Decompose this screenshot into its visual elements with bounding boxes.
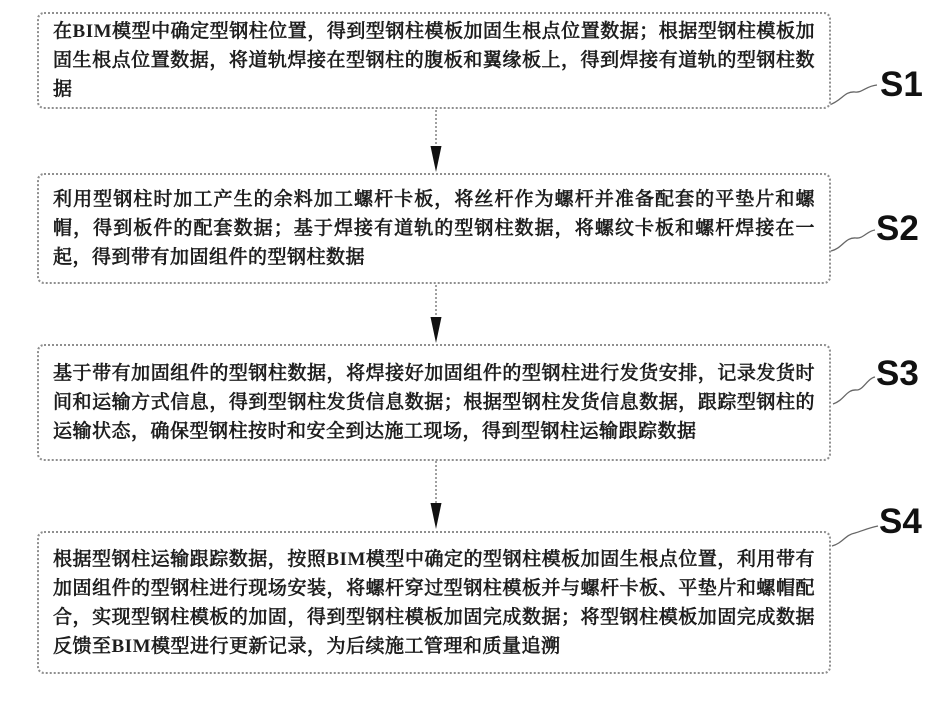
leader-line-s1 (829, 85, 877, 105)
step-label-s4: S4 (879, 504, 922, 539)
step-text-s2: 利用型钢柱时加工产生的余料加工螺杆卡板，将丝杆作为螺杆并准备配套的平垫片和螺帽，… (53, 185, 815, 272)
step-box-s1: 在BIM模型中确定型钢柱位置，得到型钢柱模板加固生根点位置数据；根据型钢柱模板加… (37, 12, 831, 109)
step-text-s1: 在BIM模型中确定型钢柱位置，得到型钢柱模板加固生根点位置数据；根据型钢柱模板加… (53, 17, 815, 104)
step-text-s4: 根据型钢柱运输跟踪数据，按照BIM模型中确定的型钢柱模板加固生根点位置，利用带有… (53, 545, 815, 661)
leader-line-s4 (832, 526, 878, 546)
step-label-s2: S2 (876, 211, 919, 246)
flow-arrow-s2-s3 (431, 285, 442, 343)
step-label-s3: S3 (876, 356, 919, 391)
step-box-s4: 根据型钢柱运输跟踪数据，按照BIM模型中确定的型钢柱模板加固生根点位置，利用带有… (37, 531, 831, 674)
leader-line-s2 (831, 230, 875, 251)
flow-arrow-s1-s2 (431, 110, 442, 172)
flowchart-figure: 在BIM模型中确定型钢柱位置，得到型钢柱模板加固生根点位置数据；根据型钢柱模板加… (0, 0, 930, 711)
step-box-s3: 基于带有加固组件的型钢柱数据，将焊接好加固组件的型钢柱进行发货安排，记录发货时间… (37, 344, 831, 461)
flow-arrow-s3-s4 (431, 461, 442, 529)
step-label-s1: S1 (880, 67, 923, 102)
leader-line-s3 (833, 377, 875, 404)
step-box-s2: 利用型钢柱时加工产生的余料加工螺杆卡板，将丝杆作为螺杆并准备配套的平垫片和螺帽，… (37, 173, 831, 284)
step-text-s3: 基于带有加固组件的型钢柱数据，将焊接好加固组件的型钢柱进行发货安排，记录发货时间… (53, 359, 815, 446)
